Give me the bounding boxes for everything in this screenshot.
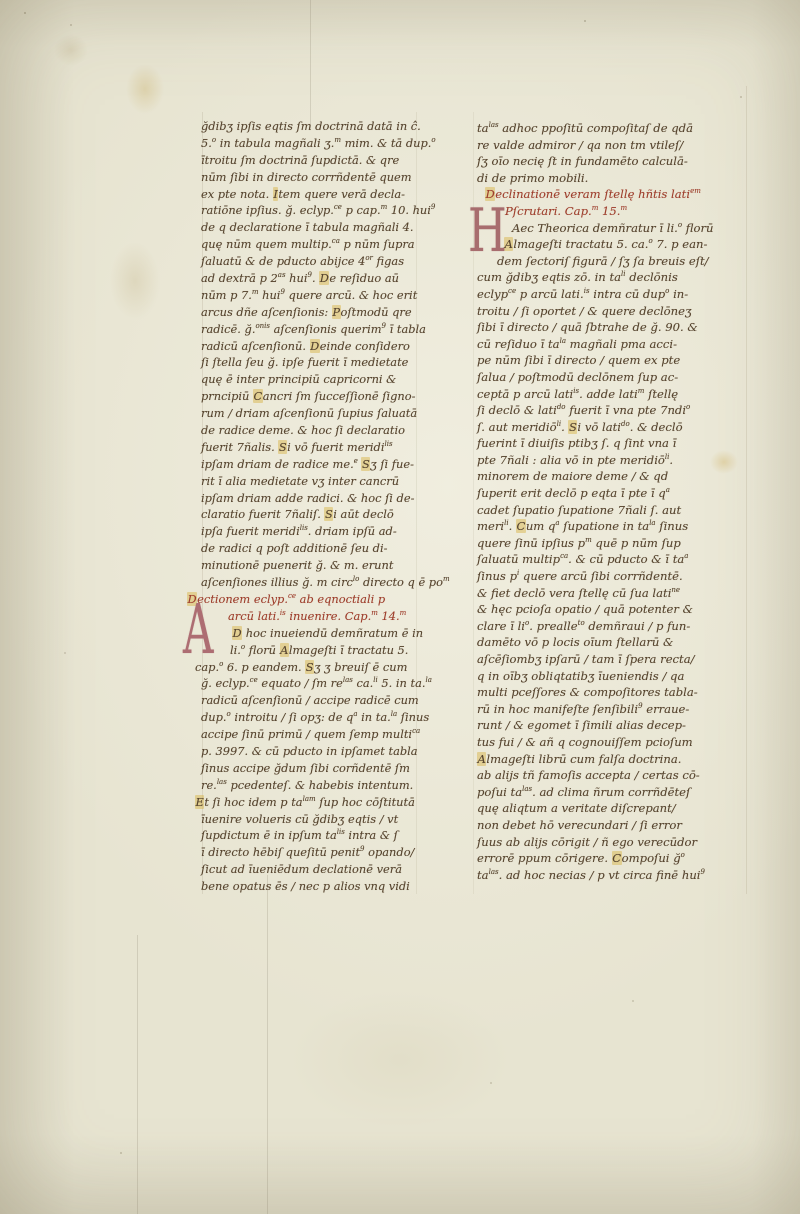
photo-vignette [0, 0, 800, 1214]
manuscript-photo: { "colors": { "parchment": "#e7e4d1", "i… [0, 0, 800, 1214]
